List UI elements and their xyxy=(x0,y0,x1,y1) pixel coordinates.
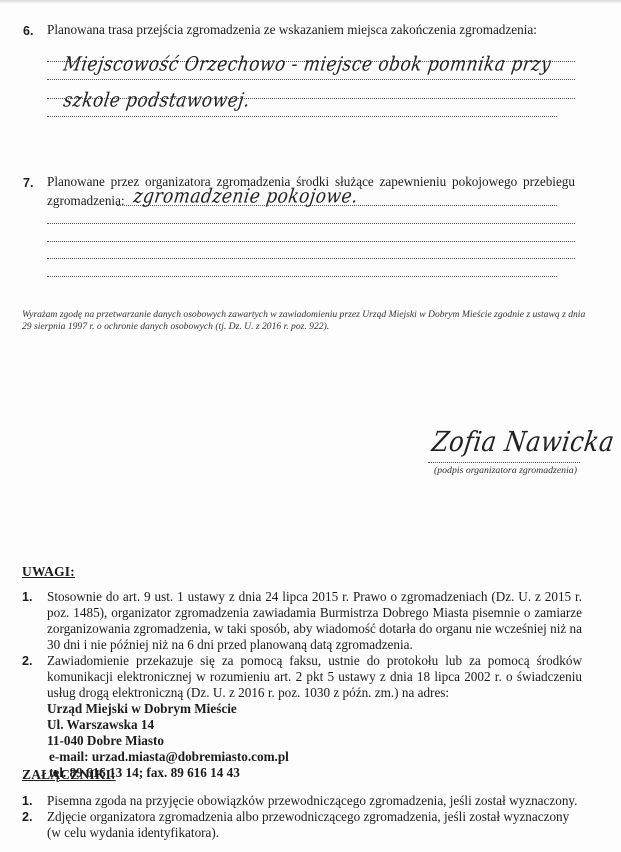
answer-line xyxy=(47,79,575,80)
section-6-label: Planowana trasa przejścia zgromadzenia z… xyxy=(47,22,537,38)
answer-line xyxy=(47,116,557,117)
note-number: 2. xyxy=(22,653,32,669)
answer-line xyxy=(47,258,575,259)
email-label: e-mail: xyxy=(49,749,89,764)
consent-statement: Wyrażam zgodę na przetwarzanie danych os… xyxy=(22,309,592,333)
attachment-item-2: 2. Zdjęcie organizatora zgromadzenia alb… xyxy=(22,809,582,841)
note-text: Zawiadomienie przekazuje się za pomocą f… xyxy=(47,653,582,701)
note-number: 1. xyxy=(22,589,32,605)
notes-heading: UWAGI: xyxy=(22,564,75,580)
attachment-text: Zdjęcie organizatora zgromadzenia albo p… xyxy=(47,809,582,841)
address-email-row: e-mail: urzad.miasta@dobremiasto.com.pl xyxy=(47,749,582,765)
section-6-number: 6. xyxy=(23,24,33,38)
section-7-label-cont: zgromadzenia: xyxy=(47,193,125,209)
address-street: Ul. Warszawska 14 xyxy=(47,717,582,733)
signature-line xyxy=(428,462,580,463)
handwritten-peace-measures: zgromadzenie pokojowe. xyxy=(132,185,360,208)
answer-line xyxy=(47,276,557,277)
note-item-2: 2. Zawiadomienie przekazuje się za pomoc… xyxy=(22,653,582,781)
address-city: 11-040 Dobre Miasto xyxy=(47,733,582,749)
section-7-number: 7. xyxy=(23,176,33,190)
email-link[interactable]: urzad.miasta@dobremiasto.com.pl xyxy=(92,749,289,764)
answer-line xyxy=(47,241,575,242)
handwritten-route-line-1: Miejscowość Orzechowo - miejsce obok pom… xyxy=(62,53,553,76)
answer-line xyxy=(47,223,575,224)
attachment-number: 1. xyxy=(22,793,32,809)
attachment-item-1: 1. Pisemna zgoda na przyjęcie obowiązków… xyxy=(22,793,582,809)
note-item-1: 1. Stosownie do art. 9 ust. 1 ustawy z d… xyxy=(22,589,582,653)
attachment-text: Pisemna zgoda na przyjęcie obowiązków pr… xyxy=(47,793,582,809)
scan-edge xyxy=(0,0,621,4)
address-phone-fax: tel. 89 616 13 14; fax. 89 616 14 43 xyxy=(47,765,582,781)
attachments-heading: ZAŁĄCZNIKI: xyxy=(22,767,116,783)
handwritten-signature: Zofia Nawicka xyxy=(430,426,616,458)
address-office: Urząd Miejski w Dobrym Mieście xyxy=(47,701,582,717)
attachment-number: 2. xyxy=(22,809,32,825)
handwritten-route-line-2: szkole podstawowej. xyxy=(62,89,252,112)
address-block: Urząd Miejski w Dobrym Mieście Ul. Warsz… xyxy=(47,701,582,781)
signature-caption: (podpis organizatora zgromadzenia) xyxy=(434,465,577,476)
note-text: Stosownie do art. 9 ust. 1 ustawy z dnia… xyxy=(47,589,582,653)
